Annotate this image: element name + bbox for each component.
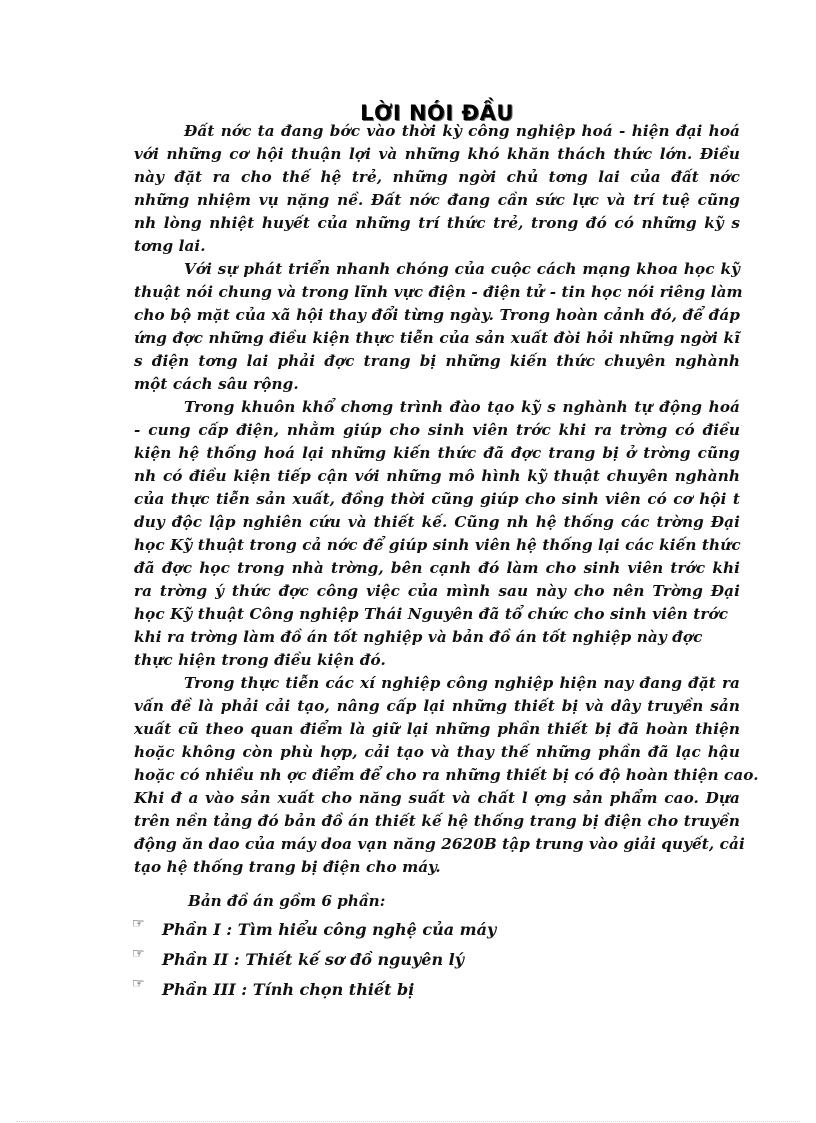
preface-body: Đất nớc ta đang bớc vào thời kỳ công ngh… (134, 120, 740, 879)
text-line: nh lòng nhiệt huyết của những trí thức t… (134, 212, 740, 235)
text-line: vấn đề là phải cải tạo, nâng cấp lại nhữ… (134, 695, 740, 718)
text-line: Đất nớc ta đang bớc vào thời kỳ công ngh… (134, 120, 740, 143)
text-line: hoặc có nhiều nh ợc điểm để cho ra những… (134, 764, 740, 787)
text-line: Trong thực tiễn các xí nghiệp công nghiệ… (134, 672, 740, 695)
text-line: duy độc lập nghiên cứu và thiết kế. Cũng… (134, 511, 740, 534)
text-line: tơng lai. (134, 235, 740, 258)
pointing-hand-icon: ☞ (132, 909, 162, 939)
list-item: ☞ Phần II : Thiết kế sơ đồ nguyên lý (134, 945, 634, 975)
parts-list: Bản đồ án gồm 6 phần: ☞ Phần I : Tìm hiể… (134, 887, 634, 1005)
text-line: - cung cấp điện, nhằm giúp cho sinh viên… (134, 419, 740, 442)
text-line: trên nền tảng đó bản đồ án thiết kế hệ t… (134, 810, 740, 833)
text-line: Trong khuôn khổ chơng trình đào tạo kỹ s… (134, 396, 740, 419)
text-line: thuật nói chung và trong lĩnh vực điện -… (134, 281, 740, 304)
text-line: s điện tơng lai phải đợc trang bị những … (134, 350, 740, 373)
text-line: kiện hệ thống hoá lại những kiến thức đã… (134, 442, 740, 465)
text-line: động ăn dao của máy doa vạn năng 2620B t… (134, 833, 740, 856)
paragraph-1: Đất nớc ta đang bớc vào thời kỳ công ngh… (134, 120, 740, 258)
text-line: cho bộ mặt của xã hội thay đổi từng ngày… (134, 304, 740, 327)
text-line: những nhiệm vụ nặng nề. Đất nớc đang cần… (134, 189, 740, 212)
text-line: nh có điều kiện tiếp cận với những mô hì… (134, 465, 740, 488)
text-line: đã đợc học trong nhà trờng, bên cạnh đó … (134, 557, 740, 580)
text-line: khi ra trờng làm đồ án tốt nghiệp và bản… (134, 626, 740, 649)
text-line: học Kỹ thuật trong cả nớc để giúp sinh v… (134, 534, 740, 557)
list-item: ☞ Phần III : Tính chọn thiết bị (134, 975, 634, 1005)
document-page: LỜI NÓI ĐẦU Đất nớc ta đang bớc vào thời… (0, 0, 816, 1123)
page-bottom-divider (16, 1121, 800, 1122)
text-line: thực hiện trong điều kiện đó. (134, 649, 740, 672)
paragraph-3: Trong khuôn khổ chơng trình đào tạo kỹ s… (134, 396, 740, 672)
text-line: này đặt ra cho thế hệ trẻ, những ngời ch… (134, 166, 740, 189)
text-line: một cách sâu rộng. (134, 373, 740, 396)
text-line: ra trờng ý thức đợc công việc của mình s… (134, 580, 740, 603)
part-label: Phần III : Tính chọn thiết bị (162, 975, 414, 1005)
text-line: với những cơ hội thuận lợi và những khó … (134, 143, 740, 166)
text-line: của thực tiễn sản xuất, đồng thời cũng g… (134, 488, 740, 511)
pointing-hand-icon: ☞ (132, 939, 162, 969)
text-line: ứng đợc những điều kiện thực tiễn của sả… (134, 327, 740, 350)
text-line: học Kỹ thuật Công nghiệp Thái Nguyên đã … (134, 603, 740, 626)
paragraph-4: Trong thực tiễn các xí nghiệp công nghiệ… (134, 672, 740, 879)
parts-heading: Bản đồ án gồm 6 phần: (134, 887, 634, 915)
text-line: tạo hệ thống trang bị điện cho máy. (134, 856, 740, 879)
part-label: Phần I : Tìm hiểu công nghệ của máy (162, 915, 496, 945)
paragraph-2: Với sự phát triển nhanh chóng của cuộc c… (134, 258, 740, 396)
list-item: ☞ Phần I : Tìm hiểu công nghệ của máy (134, 915, 634, 945)
text-line: xuất cũ theo quan điểm là giữ lại những … (134, 718, 740, 741)
text-line: Với sự phát triển nhanh chóng của cuộc c… (134, 258, 740, 281)
text-line: Khi đ a vào sản xuất cho năng suất và ch… (134, 787, 740, 810)
pointing-hand-icon: ☞ (132, 969, 162, 999)
text-line: hoặc không còn phù hợp, cải tạo và thay … (134, 741, 740, 764)
part-label: Phần II : Thiết kế sơ đồ nguyên lý (162, 945, 464, 975)
